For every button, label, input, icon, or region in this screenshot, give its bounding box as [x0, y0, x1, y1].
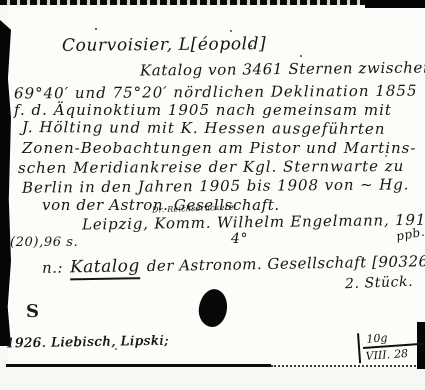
title-line-1: Katalog von 3461 Sternen zwischen: [140, 59, 425, 79]
series-continuation: 2. Stück.: [345, 275, 414, 293]
series-prefix: n.:: [42, 260, 63, 277]
card-bottom-edge: [6, 364, 271, 367]
scan-edge-top-right: [365, 0, 425, 8]
scan-specks: [95, 28, 97, 30]
series-rest: der Astronom. Gesellschaft [90326] I. Ab…: [147, 252, 425, 274]
section-letter: S: [26, 301, 39, 322]
title-line-5: Zonen-Beobachtungen am Pistor und Martin…: [22, 140, 416, 157]
date-stamp-denominator: VIII.: [365, 348, 390, 363]
author-heading: Courvoisier, L[éopold]: [62, 35, 267, 55]
format-statement: 4°: [231, 232, 248, 247]
date-stamp-year: 28: [394, 347, 409, 361]
title-line-6: schen Meridiankreise der Kgl. Sternwarte…: [18, 158, 404, 177]
title-line-3: f. d. Äquinoktium 1905 nach gemeinsam mi…: [14, 102, 392, 119]
scan-edge-top: [0, 0, 425, 5]
arrow-right-icon: →: [420, 329, 425, 342]
collation: (20),96 s.: [10, 236, 78, 250]
title-line-2: 69°40′ und 75°20′ nördlichen Deklination…: [14, 83, 418, 102]
date-stamp: 10g → VIII. 28: [357, 329, 425, 364]
card-bottom-edge-dotted: [271, 365, 416, 367]
title-line-4: J. Hölting und mit K. Hessen ausgeführte…: [22, 119, 386, 137]
catalog-card-scan: Courvoisier, L[éopold] Katalog von 3461 …: [0, 0, 425, 390]
series-title-underlined: Katalog: [70, 257, 140, 280]
accession-note: 1926. Liebisch, Lipski;: [6, 335, 169, 352]
title-line-7: Berlin in den Jahren 1905 bis 1908 von ~…: [22, 176, 410, 196]
date-stamp-numerator: 10g: [366, 331, 388, 345]
